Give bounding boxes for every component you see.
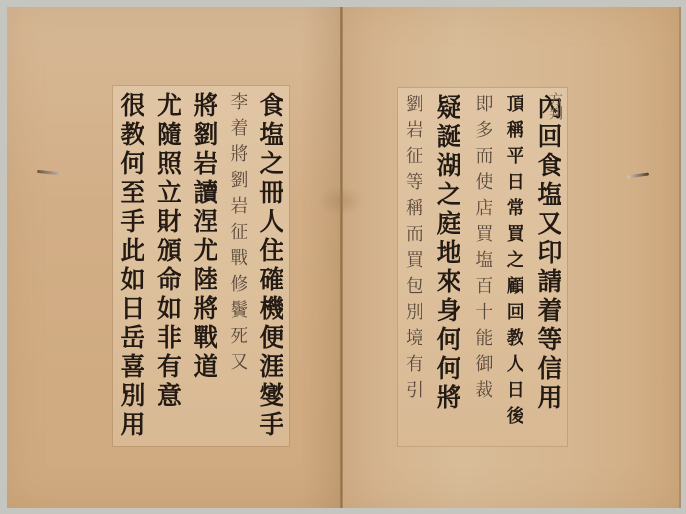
binding-stain xyxy=(318,186,364,216)
calligraphy-column: 劉岩征等稱而買包別境有引 xyxy=(404,94,422,440)
calligraphy-column: 很教何至手此如日岳喜別用 xyxy=(119,92,144,440)
margin-annotation: 方判 xyxy=(548,92,562,120)
calligraphy-column: 內回食塩又印請着等信用 xyxy=(536,94,561,440)
calligraphy-column: 尤隨照立財頒命如非有意 xyxy=(156,92,181,440)
calligraphy-column: 食塩之冊人住確機便涯燮手 xyxy=(258,92,283,440)
calligraphy-column: 即多而使店買塩百十能御裁 xyxy=(474,94,492,440)
album-spread: 食塩之冊人住確機便涯燮手 李着將劉岩征戰修鬢死又 將劉岩讀涅尤陸將戰道 尤隨照立… xyxy=(0,0,686,514)
left-calligraphy-panel: 食塩之冊人住確機便涯燮手 李着將劉岩征戰修鬢死又 將劉岩讀涅尤陸將戰道 尤隨照立… xyxy=(113,86,289,446)
calligraphy-column: 李着將劉岩征戰修鬢死又 xyxy=(229,92,247,440)
right-text-columns: 內回食塩又印請着等信用 頂稱平日常買之顧回教人日後 即多而使店買塩百十能御裁 疑… xyxy=(404,94,561,440)
left-text-columns: 食塩之冊人住確機便涯燮手 李着將劉岩征戰修鬢死又 將劉岩讀涅尤陸將戰道 尤隨照立… xyxy=(119,92,283,440)
calligraphy-column: 將劉岩讀涅尤陸將戰道 xyxy=(192,92,217,440)
right-calligraphy-panel: 內回食塩又印請着等信用 頂稱平日常買之顧回教人日後 即多而使店買塩百十能御裁 疑… xyxy=(398,88,567,446)
calligraphy-column: 疑誕湖之庭地來身何何將 xyxy=(435,94,460,440)
calligraphy-column: 頂稱平日常買之顧回教人日後 xyxy=(505,94,523,440)
album-spine xyxy=(340,7,343,508)
